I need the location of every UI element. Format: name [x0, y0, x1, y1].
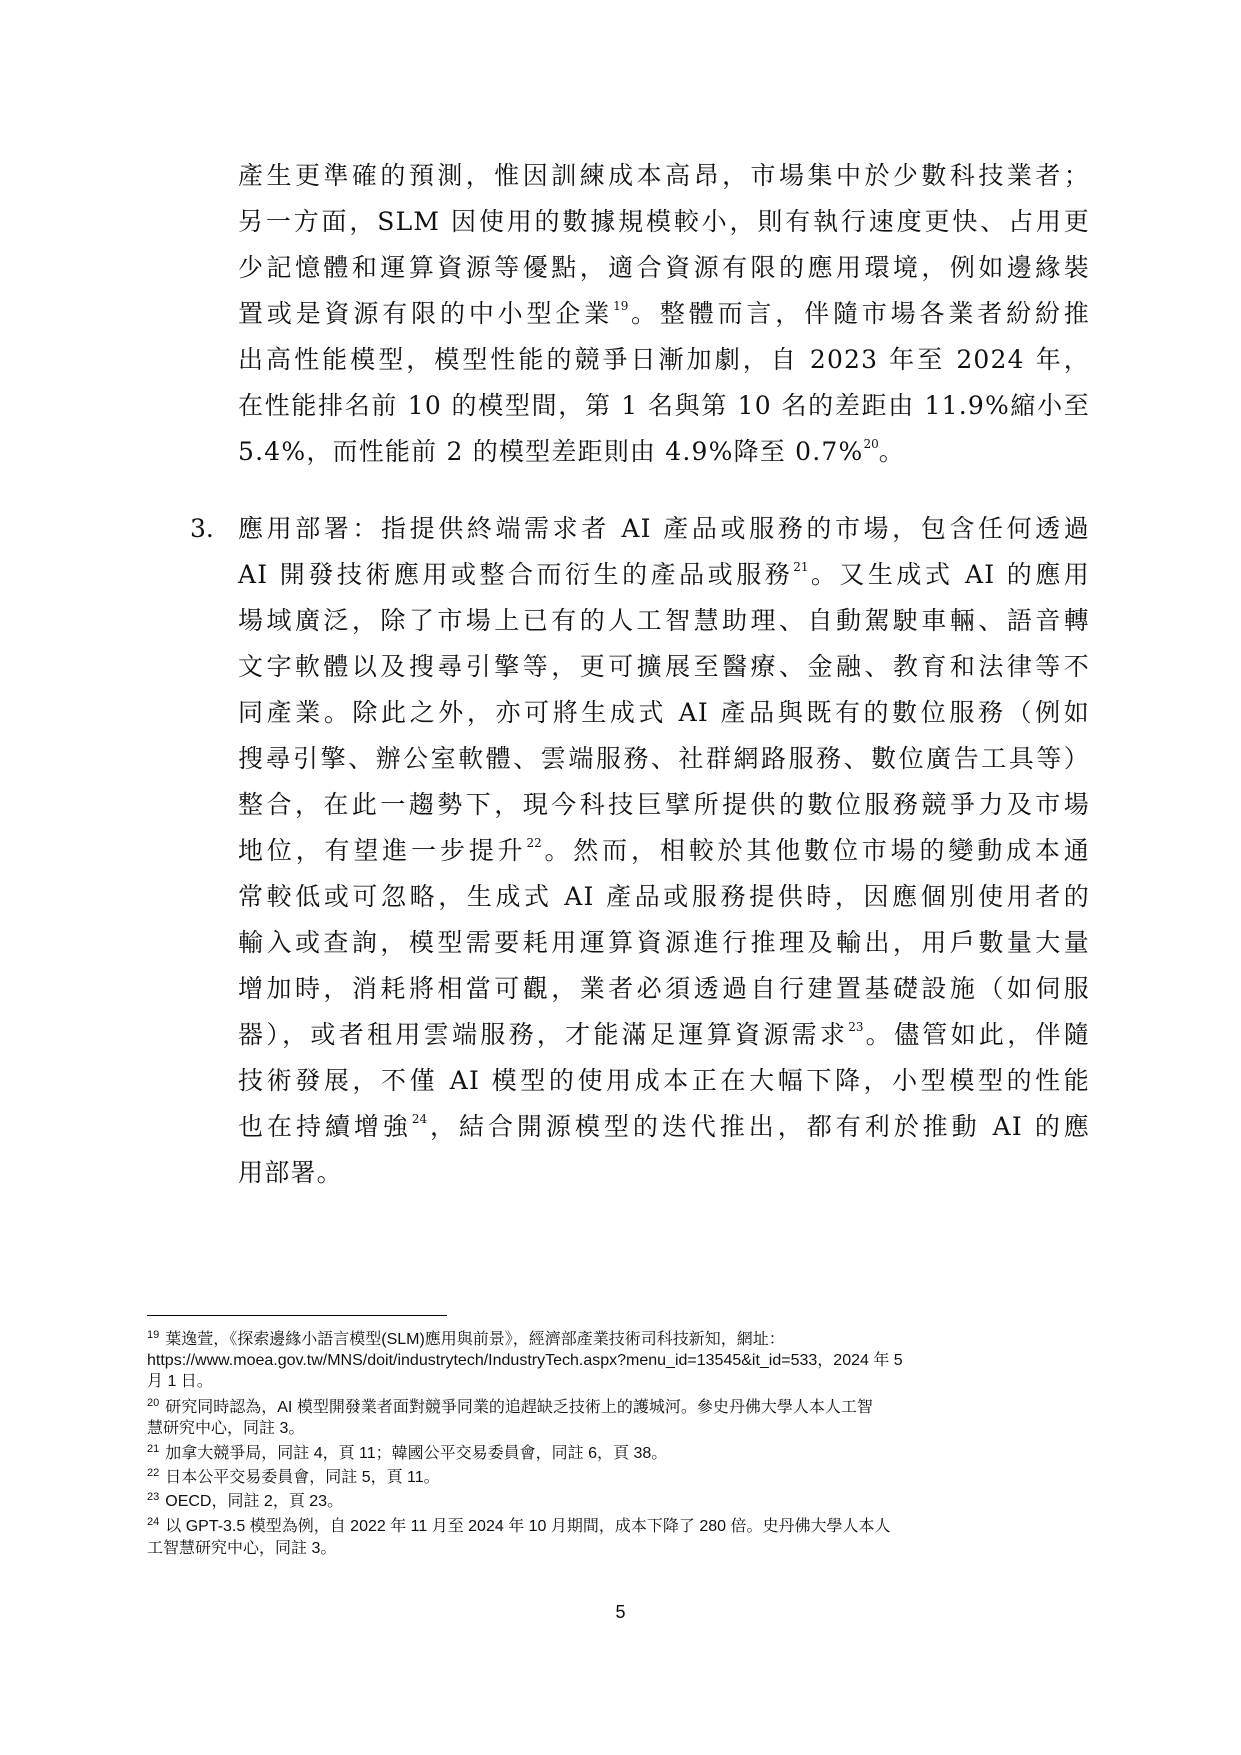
- body-text-line: 常較低或可忽略，生成式 AI 產品或服務提供時，因應個別使用者的: [238, 882, 1090, 912]
- body-text: 。: [879, 437, 905, 466]
- document-page: 產生更準確的預測，惟因訓練成本高昂，市場集中於少數科技業者； 另一方面，SLM …: [0, 0, 1241, 1755]
- body-text-line: 器），或者租用雲端服務，才能滿足運算資源需求23。儘管如此，伴隨: [238, 1020, 1090, 1050]
- footnote-ref-22[interactable]: 22: [527, 836, 542, 850]
- body-text: ，結合開源模型的迭代推出，都有利於推動 AI 的應: [427, 1112, 1090, 1141]
- body-text: 。整體而言，伴隨市場各業者紛紛推: [628, 299, 1090, 328]
- footnote-text: 葉逸萱，《探索邊緣小語言模型(SLM)應用與前景》，經濟部產業技術司科技新知，網…: [165, 1331, 785, 1348]
- footnote-number: 24: [147, 1516, 159, 1528]
- footnote-21: 21加拿大競爭局，同註 4，頁 11；韓國公平交易委員會，同註 6，頁 38。: [147, 1444, 1092, 1464]
- body-text-line: 也在持續增強24，結合開源模型的迭代推出，都有利於推動 AI 的應: [238, 1112, 1090, 1142]
- footnote-separator: [147, 1315, 447, 1316]
- footnote-ref-20[interactable]: 20: [863, 437, 878, 451]
- footnote-text: 月 1 日。: [147, 1372, 1092, 1392]
- body-text: 也在持續增強: [238, 1112, 412, 1141]
- footnote-22: 22日本公平交易委員會，同註 5，頁 11。: [147, 1468, 1092, 1488]
- body-text: 5.4%，而性能前 2 的模型差距則由 4.9%降至 0.7%: [238, 437, 863, 466]
- page-number: 5: [0, 1602, 1241, 1623]
- body-text-line: 整合，在此一趨勢下，現今科技巨擘所提供的數位服務競爭力及市場: [238, 790, 1090, 820]
- body-text-line: 場域廣泛，除了市場上已有的人工智慧助理、自動駕駛車輛、語音轉: [238, 606, 1090, 636]
- footnote-19: 19葉逸萱，《探索邊緣小語言模型(SLM)應用與前景》，經濟部產業技術司科技新知…: [147, 1330, 1092, 1350]
- list-marker: 3.: [190, 514, 214, 544]
- footnote-text: OECD，同註 2，頁 23。: [165, 1493, 343, 1510]
- body-text: AI 開發技術應用或整合而衍生的產品或服務: [238, 560, 793, 589]
- body-text-line: 在性能排名前 10 的模型間，第 1 名與第 10 名的差距由 11.9%縮小至: [238, 391, 1090, 421]
- body-text-line: AI 開發技術應用或整合而衍生的產品或服務21。又生成式 AI 的應用: [238, 560, 1090, 590]
- body-text-line: 少記憶體和運算資源等優點，適合資源有限的應用環境，例如邊緣裝: [238, 253, 1090, 283]
- body-text-line: 輸入或查詢，模型需要耗用運算資源進行推理及輸出，用戶數量大量: [238, 928, 1090, 958]
- footnote-ref-24[interactable]: 24: [412, 1112, 427, 1126]
- footnote-ref-21[interactable]: 21: [793, 560, 808, 574]
- footnote-ref-23[interactable]: 23: [848, 1020, 863, 1034]
- body-text: 器），或者租用雲端服務，才能滿足運算資源需求: [238, 1020, 848, 1049]
- footnote-23: 23OECD，同註 2，頁 23。: [147, 1492, 1092, 1512]
- body-text: 。然而，相較於其他數位市場的變動成本通: [542, 836, 1090, 865]
- footnote-text: 研究同時認為，AI 模型開發業者面對競爭同業的追趕缺乏技術上的護城河。參史丹佛大…: [165, 1399, 873, 1416]
- body-text-line: 出高性能模型，模型性能的競爭日漸加劇，自 2023 年至 2024 年，: [238, 345, 1090, 375]
- footnote-number: 19: [147, 1329, 159, 1341]
- body-text-line: 5.4%，而性能前 2 的模型差距則由 4.9%降至 0.7%20。: [238, 437, 1090, 467]
- body-text: 。又生成式 AI 的應用: [809, 560, 1090, 589]
- footnote-number: 21: [147, 1443, 159, 1455]
- body-text-line: 文字軟體以及搜尋引擎等，更可擴展至醫療、金融、教育和法律等不: [238, 652, 1090, 682]
- footnote-text: 以 GPT-3.5 模型為例，自 2022 年 11 月至 2024 年 10 …: [165, 1518, 890, 1535]
- body-text-line: 搜尋引擎、辦公室軟體、雲端服務、社群網路服務、數位廣告工具等）: [238, 744, 1090, 774]
- body-text-line: 地位，有望進一步提升22。然而，相較於其他數位市場的變動成本通: [238, 836, 1090, 866]
- body-text-line: 置或是資源有限的中小型企業19。整體而言，伴隨市場各業者紛紛推: [238, 299, 1090, 329]
- footnote-number: 22: [147, 1467, 159, 1479]
- footnote-20: 20研究同時認為，AI 模型開發業者面對競爭同業的追趕缺乏技術上的護城河。參史丹…: [147, 1398, 1092, 1418]
- footnote-ref-19[interactable]: 19: [613, 299, 628, 313]
- body-text-line: 應用部署：指提供終端需求者 AI 產品或服務的市場，包含任何透過: [238, 514, 1090, 544]
- body-text: 置或是資源有限的中小型企業: [238, 299, 613, 328]
- footnote-number: 23: [147, 1491, 159, 1503]
- body-text-line: 增加時，消耗將相當可觀，業者必須透過自行建置基礎設施（如伺服: [238, 974, 1090, 1004]
- footnote-text: 加拿大競爭局，同註 4，頁 11；韓國公平交易委員會，同註 6，頁 38。: [165, 1445, 667, 1462]
- body-text-line: 技術發展，不僅 AI 模型的使用成本正在大幅下降，小型模型的性能: [238, 1066, 1090, 1096]
- body-text-line: 另一方面，SLM 因使用的數據規模較小，則有執行速度更快、占用更: [238, 207, 1090, 237]
- body-text-line: 同產業。除此之外，亦可將生成式 AI 產品與既有的數位服務（例如: [238, 698, 1090, 728]
- footnote-24: 24以 GPT-3.5 模型為例，自 2022 年 11 月至 2024 年 1…: [147, 1517, 1092, 1537]
- footnote-number: 20: [147, 1397, 159, 1409]
- footnote-text: 日本公平交易委員會，同註 5，頁 11。: [165, 1469, 439, 1486]
- footnote-text: 工智慧研究中心，同註 3。: [147, 1539, 1092, 1559]
- body-text: 地位，有望進一步提升: [238, 836, 527, 865]
- body-text-line: 用部署。: [238, 1158, 1090, 1188]
- body-text-line: 產生更準確的預測，惟因訓練成本高昂，市場集中於少數科技業者；: [238, 161, 1090, 191]
- footnote-19-url-line[interactable]: https://www.moea.gov.tw/MNS/doit/industr…: [147, 1351, 1092, 1371]
- body-text: 。儘管如此，伴隨: [864, 1020, 1090, 1049]
- footnote-text: 慧研究中心，同註 3。: [147, 1419, 1092, 1439]
